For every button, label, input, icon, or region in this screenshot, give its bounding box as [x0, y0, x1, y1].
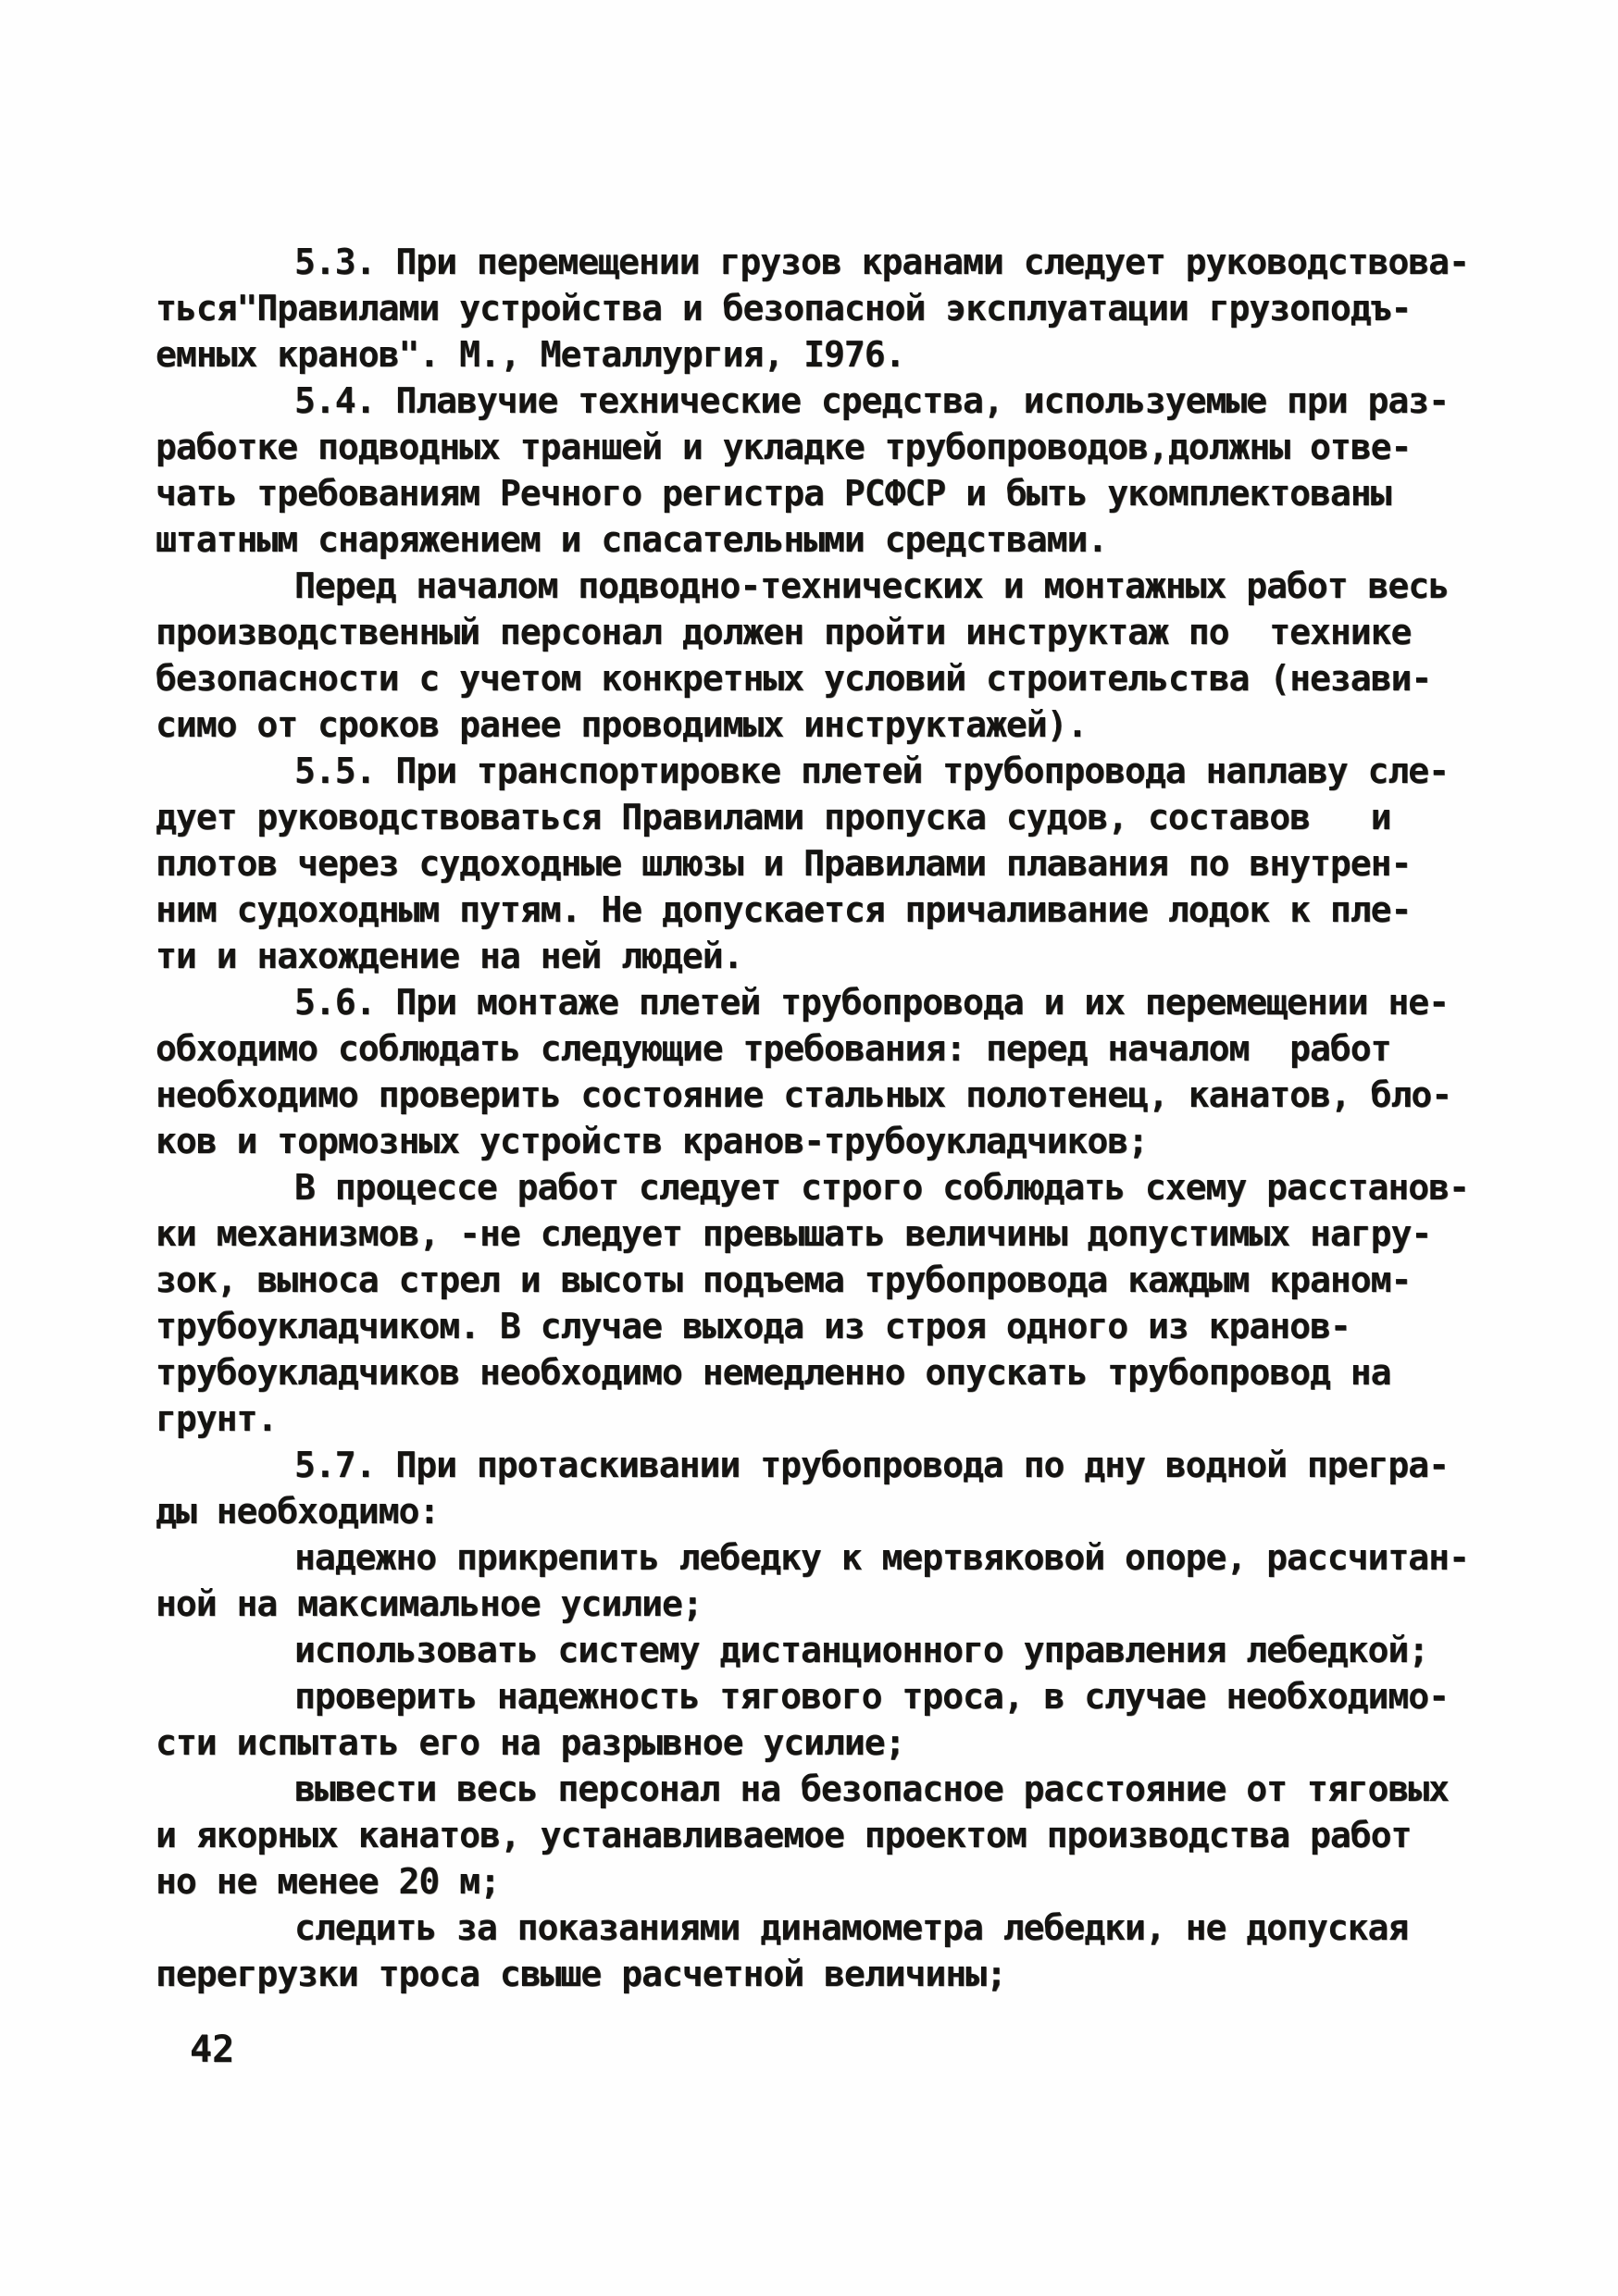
text-line: ти и нахождение на ней людей. — [156, 933, 1507, 979]
text-line: производственный персонал должен пройти … — [156, 609, 1507, 655]
text-line: ной на максимальное усилие; — [156, 1581, 1507, 1627]
text-line: плотов через судоходные шлюзы и Правилам… — [156, 840, 1507, 887]
text-line: следить за показаниями динамометра лебед… — [156, 1905, 1507, 1951]
text-line: зок, выноса стрел и высоты подъема трубо… — [156, 1257, 1507, 1303]
text-line: 5.7. При протаскивании трубопровода по д… — [156, 1442, 1507, 1488]
text-line: обходимо соблюдать следующие требования:… — [156, 1025, 1507, 1072]
text-line: ды необходимо: — [156, 1488, 1507, 1534]
text-line: 5.5. При транспортировке плетей трубопро… — [156, 748, 1507, 794]
text-line: ков и тормозных устройств кранов-трубоук… — [156, 1118, 1507, 1164]
text-line: В процессе работ следует строго соблюдат… — [156, 1164, 1507, 1210]
text-line: ки механизмов, -не следует превышать вел… — [156, 1210, 1507, 1257]
text-line: 5.6. При монтаже плетей трубопровода и и… — [156, 979, 1507, 1025]
text-line: и якорных канатов, устанавливаемое проек… — [156, 1812, 1507, 1858]
text-line: работке подводных траншей и укладке труб… — [156, 424, 1507, 470]
document-page: 5.3. При перемещении грузов кранами след… — [0, 0, 1618, 2296]
text-line: надежно прикрепить лебедку к мертвяковой… — [156, 1534, 1507, 1581]
text-line: Перед началом подводно-технических и мон… — [156, 563, 1507, 609]
text-line: грунт. — [156, 1396, 1507, 1442]
text-line: трубоукладчиков необходимо немедленно оп… — [156, 1349, 1507, 1396]
text-line: но не менее 20 м; — [156, 1858, 1507, 1905]
text-line: 5.3. При перемещении грузов кранами след… — [156, 239, 1507, 285]
text-line: симо от сроков ранее проводимых инструкт… — [156, 701, 1507, 748]
text-line: ним судоходным путям. Не допускается при… — [156, 887, 1507, 933]
text-line: необходимо проверить состояние стальных … — [156, 1072, 1507, 1118]
page-text: 5.3. При перемещении грузов кранами след… — [156, 239, 1507, 1997]
text-line: вывести весь персонал на безопасное расс… — [156, 1766, 1507, 1812]
text-line: использовать систему дистанционного упра… — [156, 1627, 1507, 1673]
text-line: емных кранов". М., Металлургия, I976. — [156, 331, 1507, 378]
text-line: чать требованиям Речного регистра РСФСР … — [156, 470, 1507, 516]
page-number: 42 — [190, 2029, 234, 2071]
text-line: безопасности с учетом конкретных условий… — [156, 655, 1507, 701]
text-line: штатным снаряжением и спасательными сред… — [156, 516, 1507, 563]
text-line: дует руководствоваться Правилами пропуск… — [156, 794, 1507, 840]
text-line: 5.4. Плавучие технические средства, испо… — [156, 378, 1507, 424]
text-line: сти испытать его на разрывное усилие; — [156, 1719, 1507, 1766]
text-line: проверить надежность тягового троса, в с… — [156, 1673, 1507, 1719]
text-line: перегрузки троса свыше расчетной величин… — [156, 1951, 1507, 1997]
text-line: ться"Правилами устройства и безопасной э… — [156, 285, 1507, 331]
text-line: трубоукладчиком. В случае выхода из стро… — [156, 1303, 1507, 1349]
